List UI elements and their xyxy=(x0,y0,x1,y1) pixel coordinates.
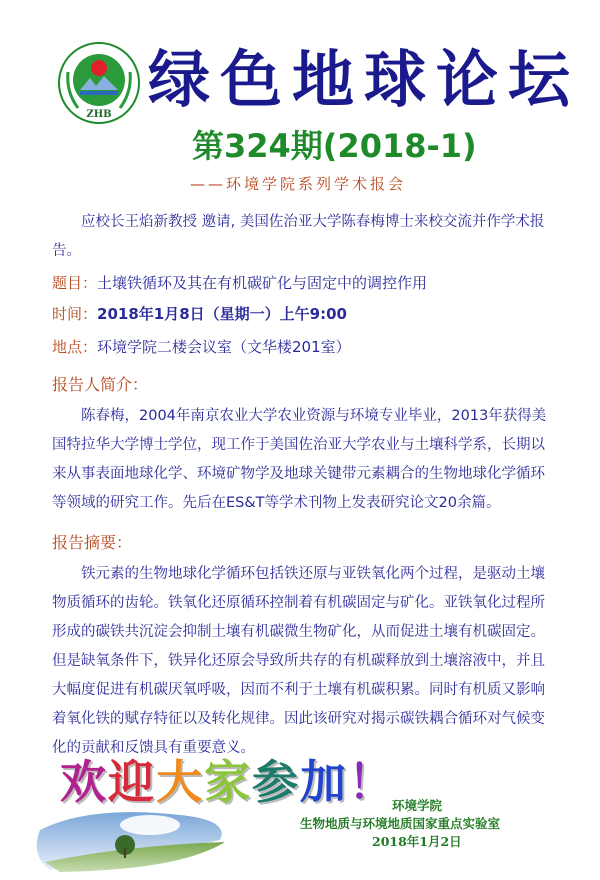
forum-title: 绿色地球论坛 xyxy=(148,40,580,120)
footer-date: 2018年1月2日 xyxy=(372,832,462,850)
issue-number: 第324期(2018-1) xyxy=(192,126,477,166)
welcome-char: 加 xyxy=(300,755,348,809)
speaker-heading: 报告人简介： xyxy=(52,372,148,395)
speaker-bio-text: 陈春梅，2004年南京农业大学农业资源与环境专业毕业，2013年获得美国特拉华大… xyxy=(52,402,557,518)
intro-text: 应校长王焰新教授 邀请, 美国佐治亚大学陈春梅博士来校交流并作学术报告。 xyxy=(52,208,557,266)
welcome-char: 欢 xyxy=(60,755,108,809)
speaker-bio: 陈春梅，2004年南京农业大学农业资源与环境专业毕业，2013年获得美国特拉华大… xyxy=(52,402,557,518)
welcome-char: 参 xyxy=(252,755,300,809)
welcome-char: 家 xyxy=(204,755,252,809)
topic-row: 题目：土壤铁循环及其在有机碳矿化与固定中的调控作用 xyxy=(52,272,427,294)
welcome-banner: 欢迎大家参加！ xyxy=(60,752,396,812)
zhb-logo: ZHB xyxy=(58,42,140,124)
welcome-char: 大 xyxy=(156,755,204,809)
intro-paragraph: 应校长王焰新教授 邀请, 美国佐治亚大学陈春梅博士来校交流并作学术报告。 xyxy=(52,208,557,266)
series-subtitle: ——环境学院系列学术报会 xyxy=(190,174,406,194)
footer-lab: 生物地质与环境地质国家重点实验室 xyxy=(300,814,500,832)
abstract-heading: 报告摘要： xyxy=(52,530,132,553)
footer-dept: 环境学院 xyxy=(392,796,442,814)
place-value: 环境学院二楼会议室（文华楼201室） xyxy=(97,338,351,356)
time-row: 时间：2018年1月8日（星期一）上午9:00 xyxy=(52,303,347,325)
place-row: 地点：环境学院二楼会议室（文华楼201室） xyxy=(52,336,351,358)
welcome-char: 迎 xyxy=(108,755,156,809)
svg-text:ZHB: ZHB xyxy=(86,109,111,120)
place-label: 地点： xyxy=(52,338,97,356)
topic-value: 土壤铁循环及其在有机碳矿化与固定中的调控作用 xyxy=(97,274,427,292)
time-label: 时间： xyxy=(52,305,97,323)
welcome-char: ！ xyxy=(348,755,396,809)
topic-label: 题目： xyxy=(52,274,97,292)
time-value: 2018年1月8日（星期一）上午9:00 xyxy=(97,305,347,323)
abstract-text: 铁元素的生物地球化学循环包括铁还原与亚铁氧化两个过程，是驱动土壤物质循环的齿轮。… xyxy=(52,560,557,763)
abstract-body: 铁元素的生物地球化学循环包括铁还原与亚铁氧化两个过程，是驱动土壤物质循环的齿轮。… xyxy=(52,560,557,763)
